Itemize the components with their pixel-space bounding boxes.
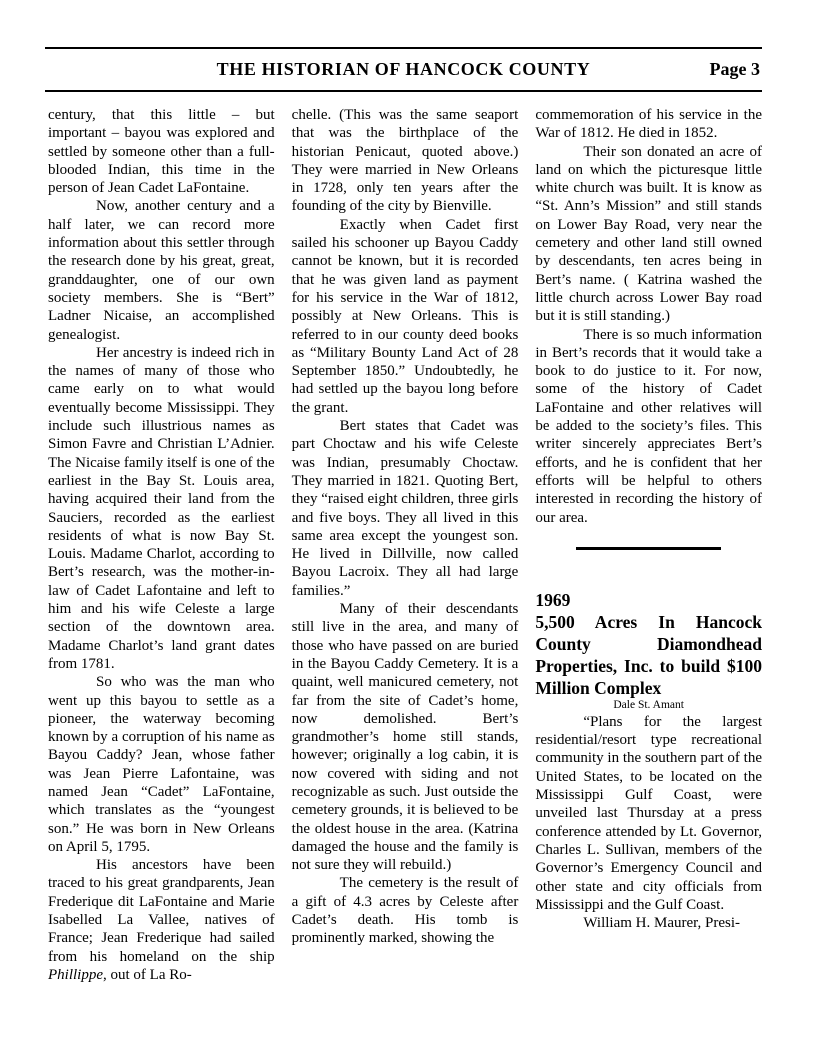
body-paragraph: Bert states that Cadet was part Choctaw …: [292, 417, 519, 600]
body-paragraph: Their son donated an acre of land on whi…: [535, 143, 762, 326]
body-paragraph: William H. Maurer, Presi-: [535, 914, 762, 932]
article-byline: Dale St. Amant: [535, 699, 762, 712]
body-paragraph: chelle. (This was the same seaport that …: [292, 106, 519, 216]
section-divider: [576, 547, 721, 550]
body-paragraph: So who was the man who went up this bayo…: [48, 673, 275, 856]
body-paragraph: There is so much information in Bert’s r…: [535, 326, 762, 527]
body-paragraph: century, that this little – but importan…: [48, 106, 275, 197]
page-title: THE HISTORIAN OF HANCOCK COUNTY: [45, 49, 762, 90]
body-paragraph: Exactly when Cadet first sailed his scho…: [292, 216, 519, 417]
paragraph-text: His ancestors have been traced to his gr…: [48, 857, 275, 964]
body-paragraph: “Plans for the largest residential/resor…: [535, 713, 762, 914]
article-headline: 5,500 Acres In Hancock County Diamondhea…: [535, 611, 762, 699]
column-2: chelle. (This was the same seaport that …: [292, 106, 519, 984]
body-paragraph: The cemetery is the result of a gift of …: [292, 874, 519, 947]
article-1969: 1969 5,500 Acres In Hancock County Diamo…: [535, 589, 762, 933]
page-number-label: Page 3: [710, 49, 760, 90]
ship-name-italic: Phillippe: [48, 967, 103, 983]
paragraph-text: , out of La Ro-: [103, 967, 192, 983]
masthead: THE HISTORIAN OF HANCOCK COUNTY Page 3: [45, 47, 762, 92]
newsletter-page: THE HISTORIAN OF HANCOCK COUNTY Page 3 c…: [45, 47, 762, 984]
column-3: commemoration of his service in the War …: [535, 106, 762, 984]
body-paragraph: Her ancestry is indeed rich in the names…: [48, 344, 275, 673]
body-paragraph: Now, another century and a half later, w…: [48, 197, 275, 343]
body-paragraph: commemoration of his service in the War …: [535, 106, 762, 143]
body-paragraph: His ancestors have been traced to his gr…: [48, 856, 275, 984]
column-layout: century, that this little – but importan…: [45, 106, 762, 984]
body-paragraph: Many of their descendants still live in …: [292, 600, 519, 874]
column-1: century, that this little – but importan…: [48, 106, 275, 984]
article-year: 1969: [535, 589, 762, 611]
